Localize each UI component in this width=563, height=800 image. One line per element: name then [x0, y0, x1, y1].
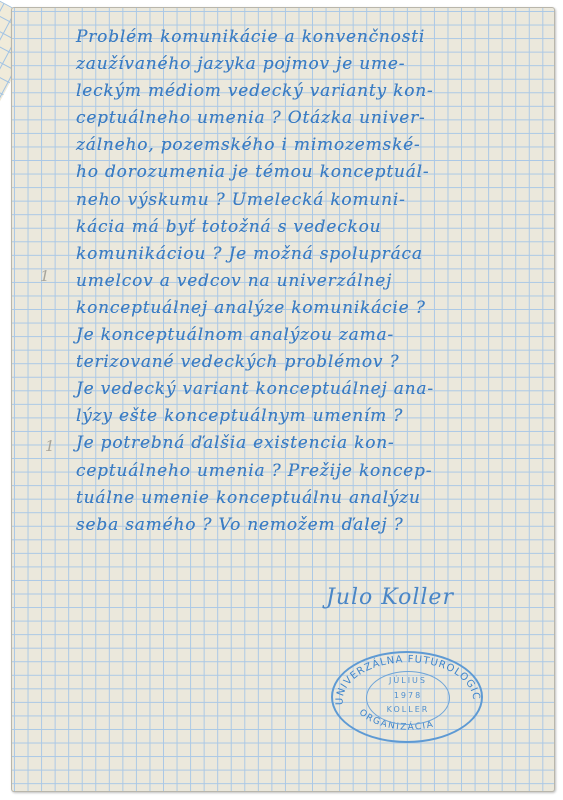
text-line: kácia má byť totožná s vedeckou	[76, 214, 546, 241]
text-line: ho dorozumenia je témou konceptuál-	[76, 159, 546, 186]
text-line: komunikáciou ? Je možná spolupráca	[76, 241, 546, 268]
text-line: tuálne umenie konceptuálnu analýzu	[76, 485, 546, 512]
text-line: zaužívaného jazyka pojmov je ume-	[76, 51, 546, 78]
text-line: umelcov a vedcov na univerzálnej	[76, 268, 546, 295]
pencil-margin-mark: 1	[45, 437, 55, 455]
text-line: Je konceptuálnom analýzou zama-	[76, 322, 546, 349]
stamp-inner-oval: JÚLIUS 1978 KOLLER	[366, 671, 450, 725]
text-line: Je vedecký variant konceptuálnej ana-	[76, 376, 546, 403]
text-line: leckým médiom vedecký varianty kon-	[76, 78, 546, 105]
text-line: Problém komunikácie a konvenčnosti	[76, 24, 546, 51]
text-line: zálneho, pozemského i mimozemské-	[76, 132, 546, 159]
text-line: terizované vedeckých problémov ?	[76, 349, 546, 376]
text-line: konceptuálnej analýze komunikácie ?	[76, 295, 546, 322]
text-line: Je potrebná ďalšia existencia kon-	[76, 430, 546, 457]
text-line: seba samého ? Vo nemožem ďalej ?	[76, 512, 546, 539]
text-line: ceptuálneho umenia ? Prežije koncep-	[76, 458, 546, 485]
stamp-inner-line: KOLLER	[367, 705, 449, 714]
stamp-inner-line: JÚLIUS	[367, 676, 449, 685]
text-line: neho výskumu ? Umelecká komuni-	[76, 187, 546, 214]
text-line: lýzy ešte konceptuálnym umením ?	[76, 403, 546, 430]
stamp-inner-line: 1978	[367, 691, 449, 700]
oval-ink-stamp: UNIVERZÁLNA FUTUROLOGICKÁ ORGANIZÁCIA JÚ…	[331, 651, 483, 743]
pencil-margin-mark: 1	[40, 267, 50, 285]
handwritten-text: Problém komunikácie a konvenčnosti zauží…	[76, 24, 546, 539]
signature: Julo Koller	[326, 585, 454, 610]
text-line: ceptuálneho umenia ? Otázka univer-	[76, 105, 546, 132]
